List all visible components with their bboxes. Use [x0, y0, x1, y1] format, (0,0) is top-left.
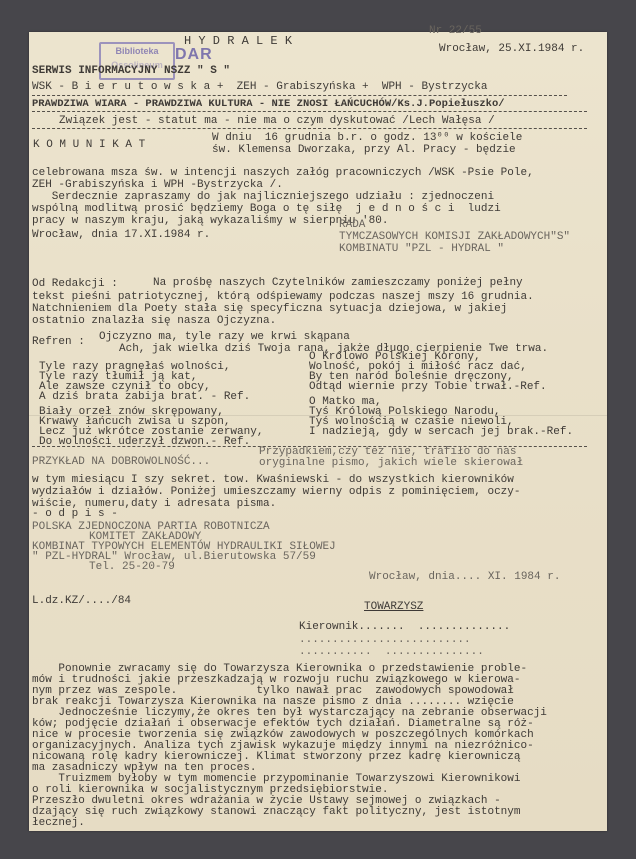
- dar-stamp: DAR: [175, 46, 213, 64]
- editorial-label: Od Redakcji :: [32, 279, 118, 290]
- komunikat-line: ZEH -Grabiszyńska i WPH -Bystrzycka /.: [32, 180, 283, 191]
- letter-dots: ..........................: [299, 635, 471, 646]
- komunikat-line: Serdecznie zapraszamy do jak najliczniej…: [32, 192, 494, 203]
- issue-date: Wrocław, 25.XI.1984 r.: [439, 44, 584, 55]
- letter-addressee: TOWARZYSZ: [364, 602, 423, 613]
- komunikat-label: K O M U N I K A T: [33, 140, 145, 151]
- newsletter-title: H Y D R A L E K: [184, 36, 292, 47]
- example-line: w tym miesiącu I szy sekret. tow. Kwaśni…: [32, 475, 514, 486]
- document-page: Biblioteka Ossolineum DAR Nr 22/55 H Y D…: [29, 32, 607, 831]
- song-line: A dziś brata zabija brat. - Ref.: [39, 392, 250, 403]
- example-label: PRZYKŁAD NA DOBROWOLNOŚĆ...: [32, 457, 210, 468]
- letter-date: Wrocław, dnia.... XI. 1984 r.: [369, 572, 560, 583]
- rule: [32, 111, 587, 112]
- komunikat-line: W dniu 16 grudnia b.r. o godz. 13⁰⁰ w ko…: [212, 133, 522, 144]
- letter-dots: ........... ...............: [299, 647, 484, 658]
- letter-body-line: dzający się ruch związkowy stanowi znacz…: [32, 807, 520, 818]
- song-line: Odtąd wiernie przy Tobie trwał.-Ref.: [309, 382, 547, 393]
- komunikat-line: celebrowana msza św. w intencji naszych …: [32, 168, 534, 179]
- header-line-2: WSK - B i e r u t o w s k a + ZEH - Grab…: [32, 82, 487, 93]
- signature-line: RADA: [339, 220, 365, 231]
- signature-line: TYMCZASOWYCH KOMISJI ZAKŁADOWYCH"S": [339, 232, 570, 243]
- komunikat-line: pracy w naszym kraju, jaką wykazaliśmy w…: [32, 216, 388, 227]
- editorial-line: ostatnio znalazła się nasza Ojczyzna.: [32, 316, 276, 327]
- example-line: oryginalne pismo, jakich wiele skierował: [259, 458, 523, 469]
- header-line-3: PRAWDZIWA WIARA - PRAWDZIWA KULTURA - NI…: [32, 99, 505, 110]
- issue-number: Nr 22/55: [429, 26, 482, 37]
- komunikat-line: św. Klemensa Dworzaka, przy Al. Pracy - …: [212, 145, 516, 156]
- refrain-line: Ojczyzno ma, tyle razy we krwi skąpana: [99, 332, 350, 343]
- komunikat-place-date: Wrocław, dnia 17.XI.1984 r.: [32, 230, 210, 241]
- rule: [32, 128, 587, 129]
- letter-body-line: łecznej.: [32, 818, 85, 829]
- song-line: I nadzieją, gdy w sercach jej brak.-Ref.: [309, 427, 573, 438]
- header-line-1: SERWIS INFORMACYJNY NSZZ " S ": [32, 66, 230, 77]
- letter-org-line: Tel. 25-20-79: [89, 562, 175, 573]
- rule: [32, 95, 567, 96]
- letter-kierownik: Kierownik....... ..............: [299, 622, 510, 633]
- editorial-line: Na prośbę naszych Czytelników zamieszcza…: [153, 278, 523, 289]
- header-line-4: Związek jest - statut ma - nie ma o czym…: [59, 116, 495, 127]
- refrain-label: Refren :: [32, 337, 85, 348]
- editorial-line: tekst pieśni patriotycznej, którą odśpie…: [32, 292, 534, 303]
- odpis-label: - o d p i s -: [32, 509, 118, 520]
- editorial-line: Natchnieniem dla Poety stała się specyfi…: [32, 304, 507, 315]
- komunikat-line: wspólną modlitwą prosić będziemy Boga o …: [32, 204, 501, 215]
- letter-ref: L.dz.KZ/..../84: [32, 596, 131, 607]
- example-line: wydziałów i działów. Poniżej umieszczamy…: [32, 487, 520, 498]
- signature-line: KOMBINATU "PZL - HYDRAL ": [339, 244, 504, 255]
- stamp-line-1: Biblioteka: [101, 44, 173, 58]
